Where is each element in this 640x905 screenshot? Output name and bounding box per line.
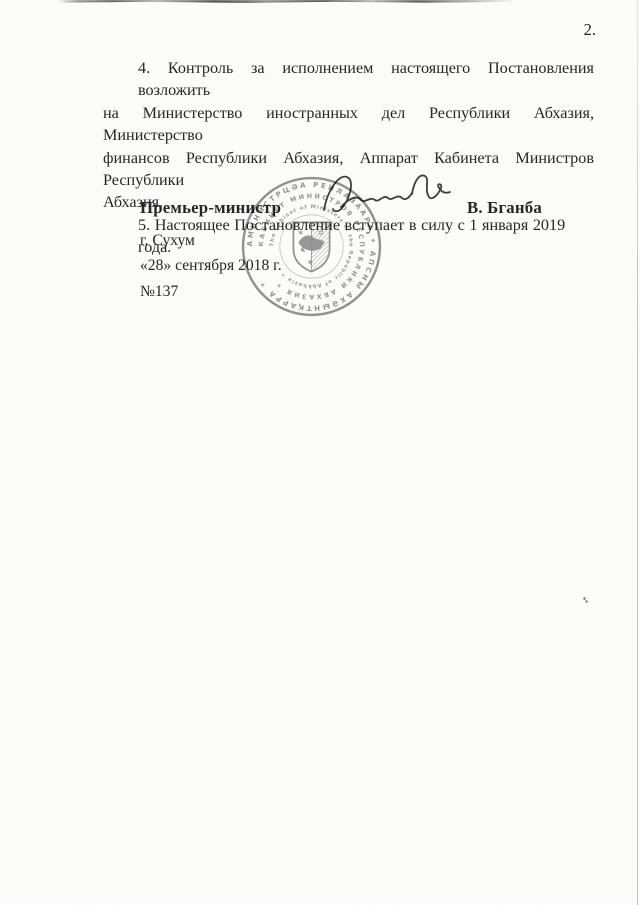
paragraph-4-line: на Министерство иностранных дел Республи… <box>103 102 594 147</box>
scan-edge-smudge <box>58 0 518 4</box>
stamp-coat-of-arms: ✶ ✶ ✶ <box>293 222 329 271</box>
scan-edge-line <box>637 0 638 905</box>
signer-name: В. Бганба <box>467 198 542 218</box>
scan-speck <box>583 597 588 603</box>
document-page: 2. 4. Контроль за исполнением настоящего… <box>0 0 640 905</box>
svg-text:✶: ✶ <box>297 228 304 237</box>
signature-city: г. Сухум <box>140 232 195 250</box>
handwritten-signature <box>318 168 466 222</box>
page-number: 2. <box>552 20 596 40</box>
svg-text:✶: ✶ <box>306 259 314 269</box>
svg-text:✶: ✶ <box>318 228 325 237</box>
document-number: №137 <box>140 283 178 301</box>
paragraph-4-line: 4. Контроль за исполнением настоящего По… <box>103 57 594 102</box>
